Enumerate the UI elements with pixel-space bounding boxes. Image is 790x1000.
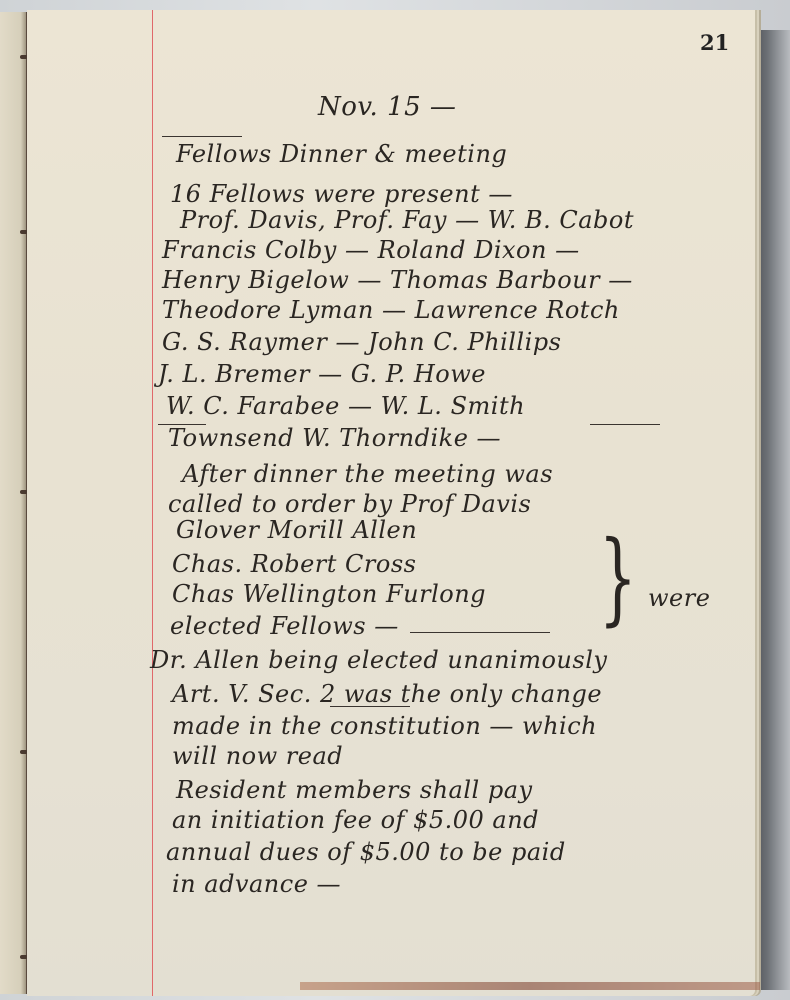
brace-note: were	[648, 584, 710, 612]
entry-line: Townsend W. Thorndike —	[168, 424, 501, 452]
page-bottom-edge	[300, 982, 760, 990]
entry-line: Prof. Davis, Prof. Fay — W. B. Cabot	[180, 206, 634, 234]
entry-line: annual dues of $5.00 to be paid	[166, 838, 566, 866]
entry-line: Resident members shall pay	[176, 776, 533, 804]
entry-line: made in the constitution — which	[172, 712, 597, 740]
entry-line: G. S. Raymer — John C. Phillips	[162, 328, 561, 356]
entry-line: W. C. Farabee — W. L. Smith	[166, 392, 525, 420]
entry-line: Henry Bigelow — Thomas Barbour —	[162, 266, 633, 294]
entry-line: Theodore Lyman — Lawrence Rotch	[162, 296, 620, 324]
page-number: 21	[700, 30, 729, 55]
brace-mark: }	[599, 528, 637, 628]
entry-line: will now read	[172, 742, 343, 770]
entry-line: J. L. Bremer — G. P. Howe	[158, 360, 486, 388]
underline	[590, 424, 660, 425]
entry-line: Chas Wellington Furlong	[172, 580, 486, 608]
entry-line: 16 Fellows were present —	[170, 180, 513, 208]
entry-line: Dr. Allen being elected unanimously	[150, 646, 607, 674]
entry-line: elected Fellows —	[170, 612, 399, 640]
red-margin-line	[152, 10, 153, 996]
entry-line: Art. V. Sec. 2 was the only change	[172, 680, 602, 708]
entry-line: Fellows Dinner & meeting	[176, 140, 507, 168]
entry-line: Francis Colby — Roland Dixon —	[162, 236, 580, 264]
entry-line: an initiation fee of $5.00 and	[172, 806, 539, 834]
entry-line: Glover Morill Allen	[176, 516, 417, 544]
entry-line: After dinner the meeting was	[182, 460, 553, 488]
entry-line: in advance —	[172, 870, 341, 898]
underline	[162, 136, 242, 137]
entry-line: called to order by Prof Davis	[168, 490, 531, 518]
underline	[410, 632, 550, 633]
left-page-edge	[0, 12, 28, 994]
entry-date: Nov. 15 —	[318, 92, 456, 122]
book-shadow	[752, 30, 790, 990]
entry-line: Chas. Robert Cross	[172, 550, 416, 578]
underline	[330, 706, 410, 707]
